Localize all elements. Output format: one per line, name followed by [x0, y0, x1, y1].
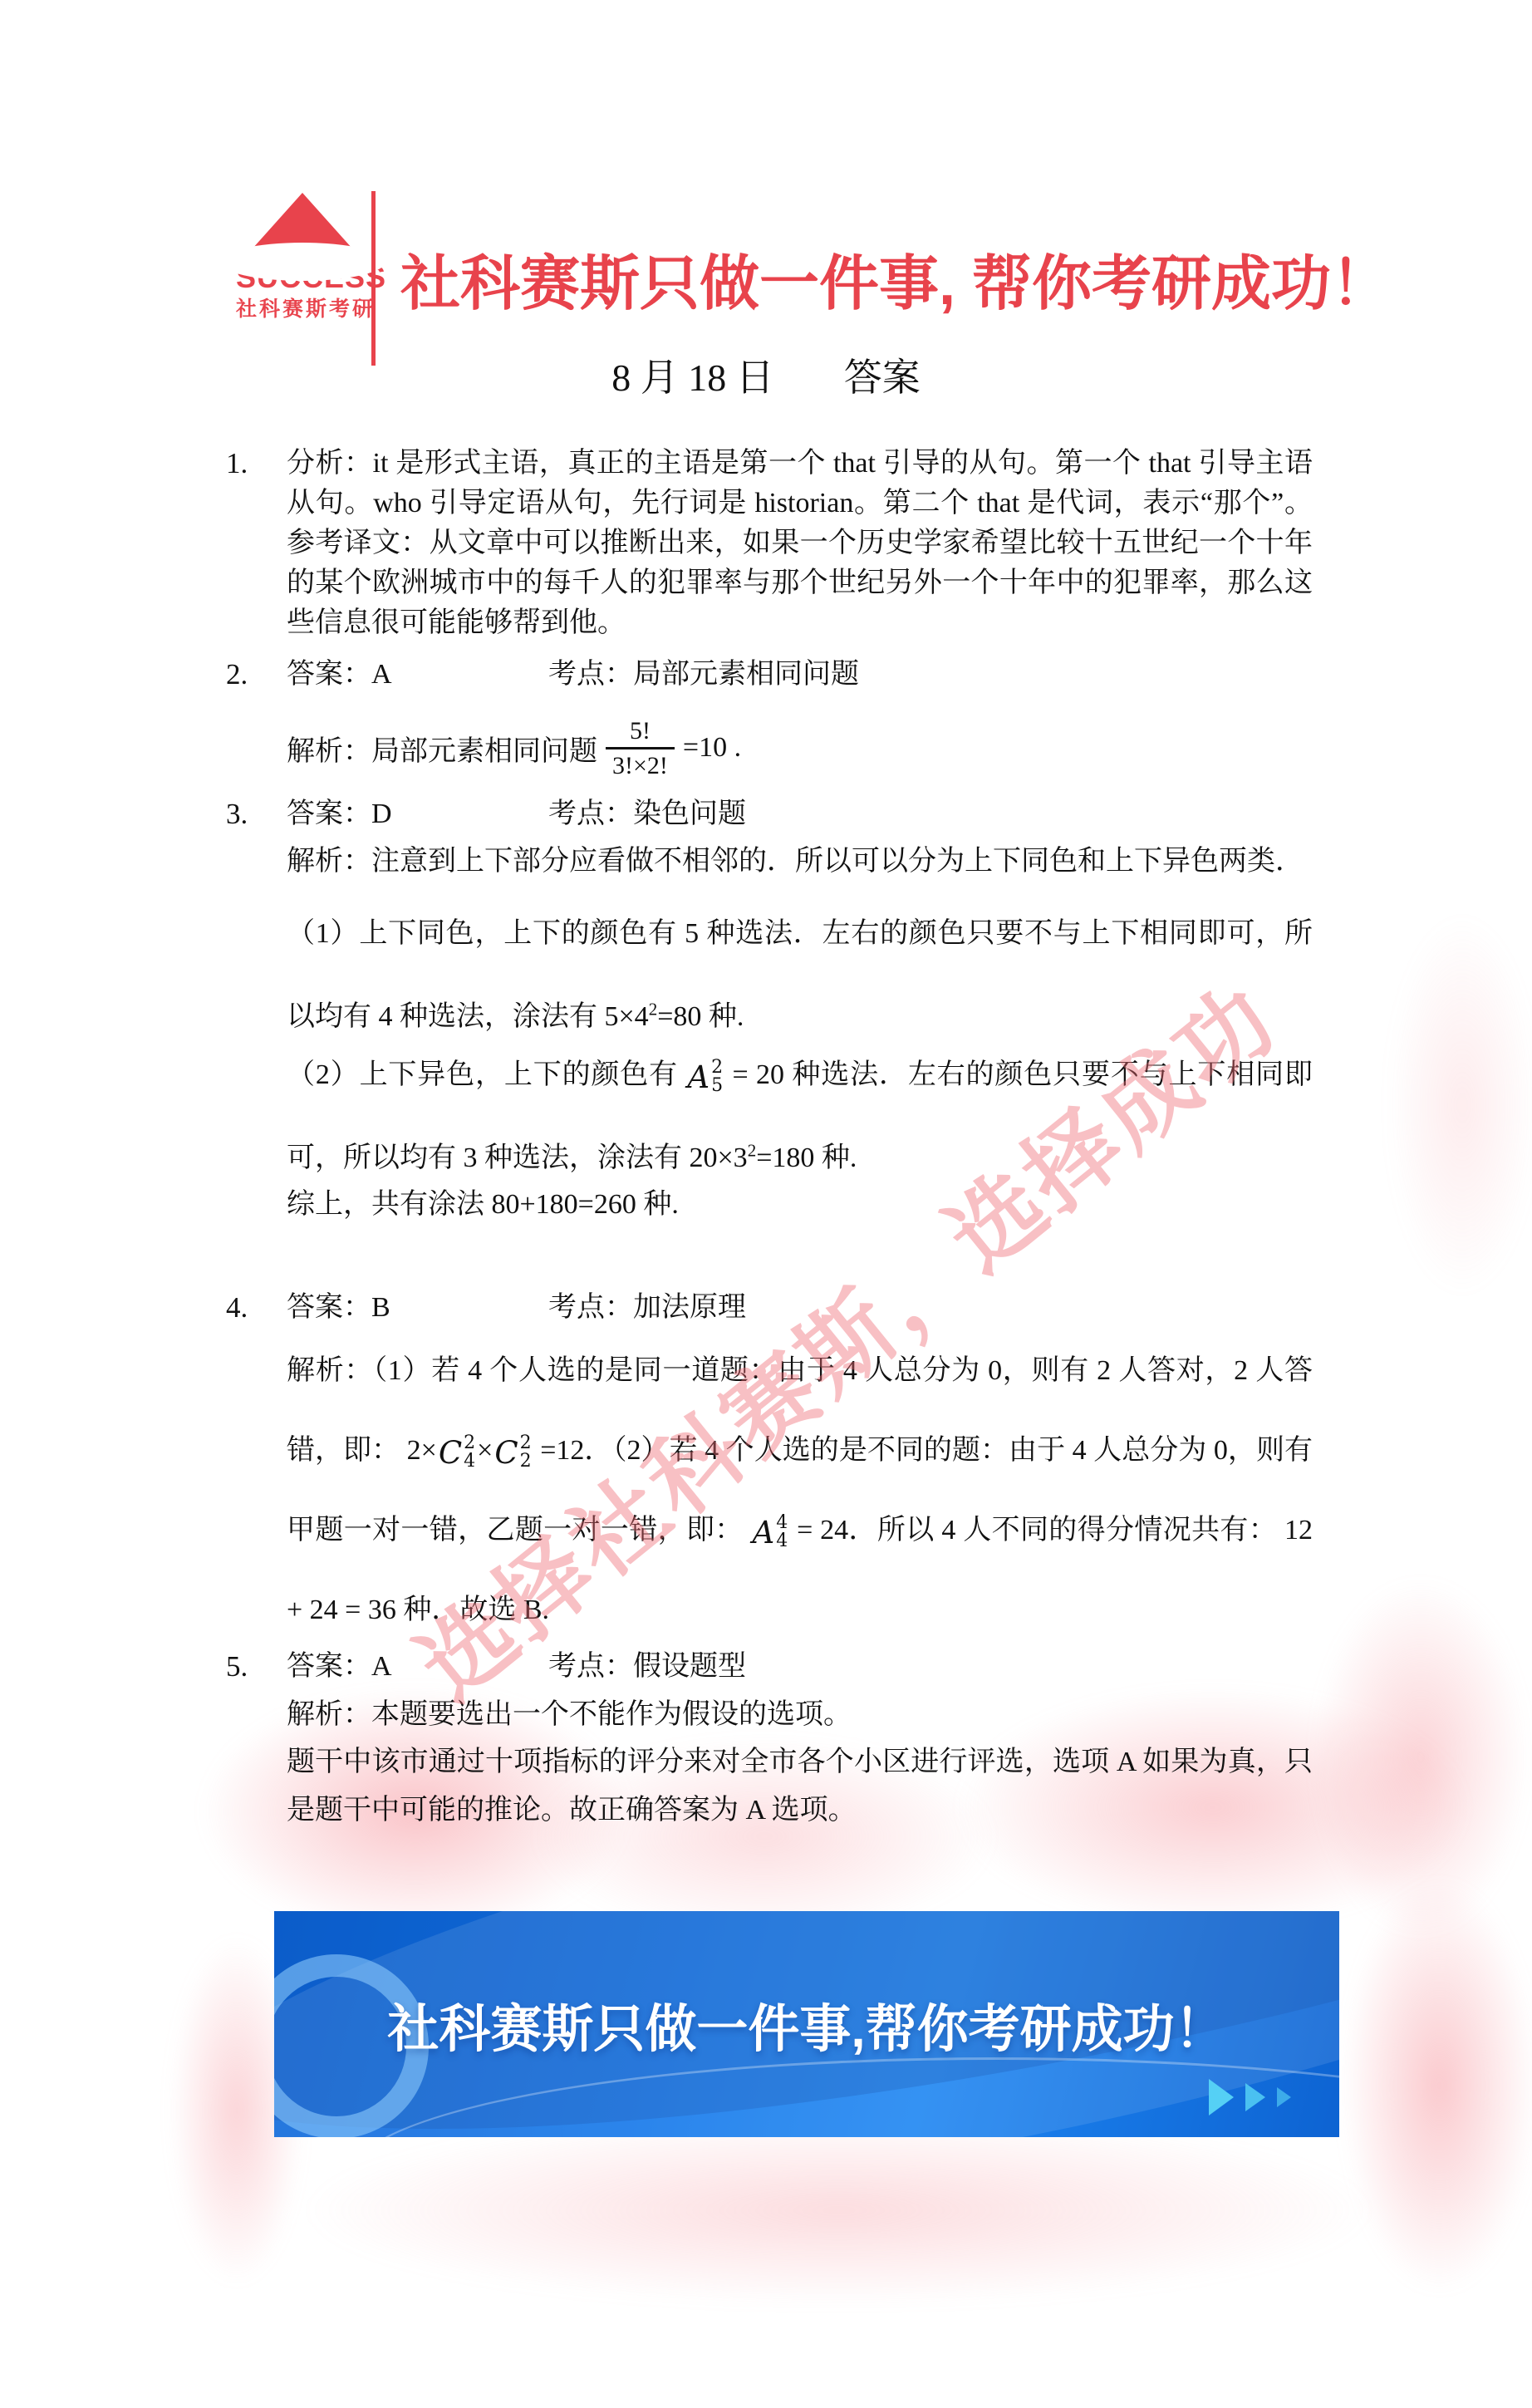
item-number: 2.: [226, 655, 287, 791]
document-page: SUCCESS 社科赛斯考研 社科赛斯只做一件事, 帮你考研成功！ 8 月 18…: [0, 0, 1532, 2408]
header-divider: [371, 191, 376, 366]
answer-label: 答案：A: [287, 1647, 548, 1687]
title-label: 答案: [844, 356, 921, 399]
item-4-solution: 解析：（1）若 4 个人选的是同一道题：由于 4 人总分为 0，则有 2 人答对…: [287, 1331, 1313, 1650]
item-1-analysis: 分析：it 是形式主语，真正的主语是第一个 that 引导的从句。第一个 tha…: [287, 444, 1313, 643]
item-3-case-2: （2）上下异色，上下的颜色有 A25 = 20 种选法．左右的颜色只要不与上下相…: [287, 1034, 1313, 1200]
answer-item-4: 4. 答案：B 考点：加法原理 解析：（1）若 4 个人选的是同一道题：由于 4…: [226, 1288, 1313, 1650]
answer-item-5: 5. 答案：A 考点：假设题型 解析：本题要选出一个不能作为假设的选项。 题干中…: [226, 1647, 1313, 1835]
item-5-solution-intro: 解析：本题要选出一个不能作为假设的选项。: [287, 1692, 1313, 1738]
success-logo: SUCCESS 社科赛斯考研: [236, 193, 369, 322]
page-title: 8 月 18 日答案: [0, 347, 1532, 402]
item-number: 3.: [226, 794, 287, 1225]
watercolor-blob: [1342, 1878, 1532, 2293]
watercolor-blob: [299, 2115, 1379, 2306]
item-2-solution: 解析：局部元素相同问题5!3!×2!=10 .: [287, 705, 1313, 791]
play-arrow-icon: [1209, 2079, 1234, 2116]
item-number: 1.: [226, 444, 287, 643]
banner-arrows: [1209, 2079, 1291, 2116]
promo-banner: 社科赛斯只做一件事,帮你考研成功！: [274, 1911, 1339, 2137]
item-5-solution-detail: 题干中该市通过十项指标的评分来对全市各个小区进行评选，选项 A 如果为真，只是题…: [287, 1738, 1313, 1835]
answer-item-2: 2. 答案：A 考点：局部元素相同问题 解析：局部元素相同问题5!3!×2!=1…: [226, 655, 1313, 791]
topic-label: 考点：假设题型: [548, 1647, 1313, 1687]
topic-label: 考点：加法原理: [548, 1288, 1313, 1328]
banner-slogan: 社科赛斯只做一件事,帮你考研成功！: [274, 1988, 1339, 2062]
title-date: 8 月 18 日: [611, 356, 774, 399]
play-arrow-icon: [1277, 2087, 1291, 2107]
item-number: 5.: [226, 1647, 287, 1835]
watercolor-blob: [1387, 914, 1532, 1296]
item-number: 4.: [226, 1288, 287, 1650]
play-arrow-icon: [1245, 2083, 1265, 2111]
logo-subtitle: 社科赛斯考研: [236, 296, 369, 322]
answer-item-3: 3. 答案：D 考点：染色问题 解析：注意到上下部分应看做不相邻的．所以可以分为…: [226, 794, 1313, 1225]
answer-label: 答案：A: [287, 655, 548, 695]
answer-label: 答案：B: [287, 1288, 548, 1328]
topic-label: 考点：染色问题: [548, 794, 1313, 834]
header-slogan: 社科赛斯只做一件事, 帮你考研成功！: [400, 191, 1391, 366]
topic-label: 考点：局部元素相同问题: [548, 655, 1313, 695]
logo-mountain-icon: [240, 193, 365, 261]
answer-item-1: 1. 分析：it 是形式主语，真正的主语是第一个 that 引导的从句。第一个 …: [226, 444, 1313, 643]
watercolor-blob: [1313, 1579, 1529, 1936]
answer-label: 答案：D: [287, 794, 548, 834]
item-3-solution-intro: 解析：注意到上下部分应看做不相邻的．所以可以分为上下同色和上下异色两类．: [287, 841, 1313, 882]
